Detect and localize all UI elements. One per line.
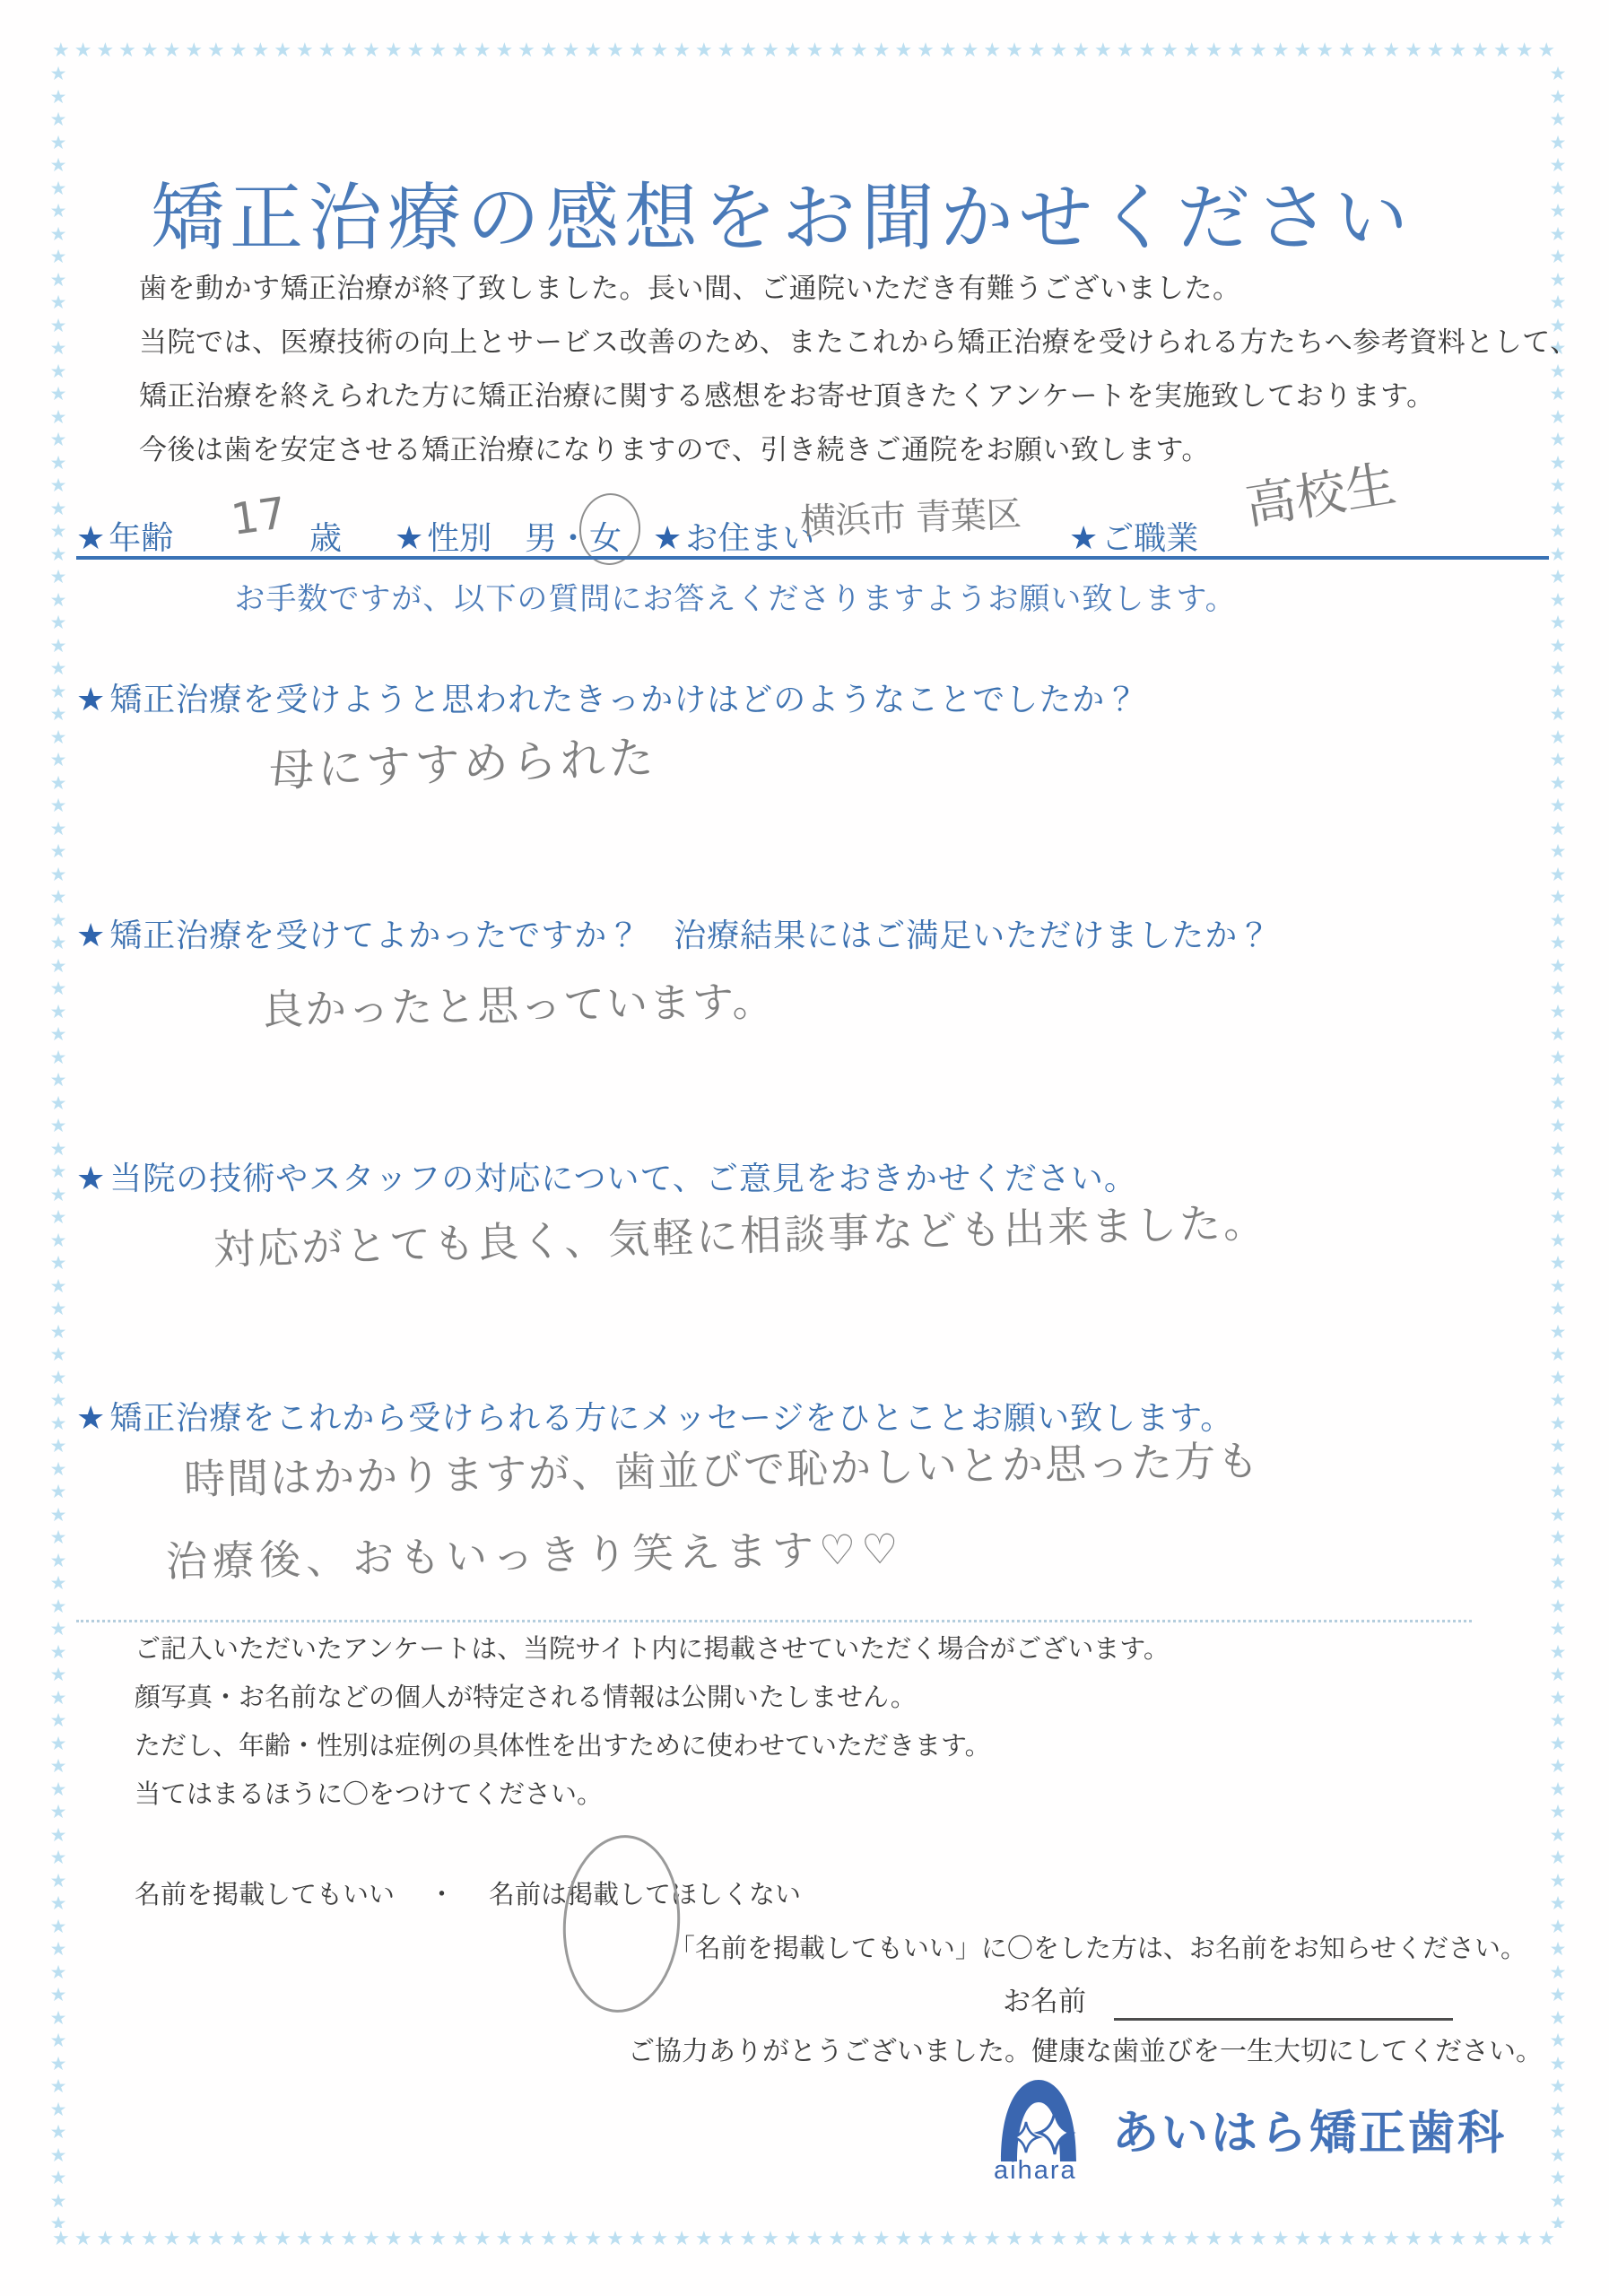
question-2: ★矯正治療を受けてよかったですか？ 治療結果にはご満足いただけましたか？ xyxy=(76,910,1271,956)
dotted-divider xyxy=(76,1620,1472,1622)
consent-separator: ・ xyxy=(429,1881,455,1909)
answer-4-line2-handwritten: 治療後、おもいっきり笑えます♡♡ xyxy=(165,1517,904,1588)
profile-underline xyxy=(76,556,1549,560)
clinic-logo-romaji: aihara xyxy=(994,2156,1077,2186)
consent-option-yes: 名前を掲載してもいい xyxy=(135,1881,395,1909)
clinic-logo-icon xyxy=(992,2075,1085,2166)
age-unit: 歳 xyxy=(309,513,342,559)
answer-4-line1-handwritten: 時間はかかりますが、歯並びで恥かしいとか思った方も xyxy=(184,1429,1261,1507)
questionnaire-sheet: ★★★★★★★★★★★★★★★★★★★★★★★★★★★★★★★★★★★★★★★★… xyxy=(0,0,1609,2296)
star-bullet-icon: ★ xyxy=(76,917,106,953)
intro-paragraph: 歯を動かす矯正治療が終了致しました。長い間、ご通院いただき有難うございました。 … xyxy=(139,262,1579,477)
question-1: ★矯正治療を受けようと思われたきっかけはどのようなことでしたか？ xyxy=(76,674,1138,720)
star-bullet-icon: ★ xyxy=(395,519,423,556)
intro-line-1: 歯を動かす矯正治療が終了致しました。長い間、ご通院いただき有難うございました。 xyxy=(139,262,1579,316)
star-bullet-icon: ★ xyxy=(76,681,106,717)
notice-line-2: 顔写真・お名前などの個人が特定される情報は公開いたしません。 xyxy=(135,1674,1170,1722)
age-value-handwritten: 17 xyxy=(228,488,289,545)
intro-line-3: 矯正治療を終えられた方に矯正治療に関する感想をお寄せ頂きたくアンケートを実施致し… xyxy=(139,370,1579,423)
gender-label: ★性別 xyxy=(395,513,491,559)
star-bullet-icon: ★ xyxy=(76,1399,106,1436)
notice-line-3: ただし、年齢・性別は症例の具体性を出すために使わせていただきます。 xyxy=(135,1722,1170,1770)
star-bullet-icon: ★ xyxy=(76,1160,106,1196)
star-border-top: ★★★★★★★★★★★★★★★★★★★★★★★★★★★★★★★★★★★★★★★★… xyxy=(52,38,1559,63)
notice-line-4: 当てはまるほうに〇をつけてください。 xyxy=(135,1770,1170,1819)
star-bullet-icon: ★ xyxy=(1069,519,1098,556)
answer-2-handwritten: 良かったと思っています。 xyxy=(261,969,775,1037)
consent-circle-annotation xyxy=(557,1831,685,2017)
occupation-label: ★ご職業 xyxy=(1069,513,1198,559)
clinic-name: あいはら矯正歯科 xyxy=(1112,2095,1507,2162)
name-field-label: お名前 xyxy=(1003,1979,1086,2019)
notice-paragraph: ご記入いただいたアンケートは、当院サイト内に掲載させていただく場合がございます。… xyxy=(135,1625,1170,1819)
answer-3-handwritten: 対応がとても良く、気軽に相談事なども出来ました。 xyxy=(213,1190,1267,1277)
thanks-line: ご協力ありがとうございました。健康な歯並びを一生大切にしてください。 xyxy=(628,2029,1543,2068)
intro-line-2: 当院では、医療技術の向上とサービス改善のため、またこれから矯正治療を受けられる方… xyxy=(139,316,1579,370)
page-title: 矯正治療の感想をお聞かせください xyxy=(151,160,1413,265)
age-label: ★年齢 xyxy=(76,513,173,559)
name-field-line xyxy=(1114,2018,1453,2021)
star-border-left: ★ ★ ★ ★ ★ ★ ★ ★ ★ ★ ★ ★ ★ ★ ★ ★ ★ ★ ★ ★ … xyxy=(45,63,72,2228)
answer-1-handwritten: 母にすすめられた xyxy=(268,721,658,799)
residence-value-handwritten: 横浜市 青葉区 xyxy=(799,486,1022,545)
residence-label: ★お住まい xyxy=(653,513,814,559)
star-border-bottom: ★★★★★★★★★★★★★★★★★★★★★★★★★★★★★★★★★★★★★★★★… xyxy=(52,2226,1559,2251)
instruction-line: お手数ですが、以下の質問にお答えくださりますようお願い致します。 xyxy=(0,574,1471,618)
star-bullet-icon: ★ xyxy=(76,519,105,556)
consent-note: 「名前を掲載してもいい」に〇をした方は、お名前をお知らせください。 xyxy=(669,1928,1526,1965)
star-bullet-icon: ★ xyxy=(653,519,682,556)
notice-line-1: ご記入いただいたアンケートは、当院サイト内に掲載させていただく場合がございます。 xyxy=(135,1625,1170,1674)
question-3: ★当院の技術やスタッフの対応について、ご意見をおきかせください。 xyxy=(76,1153,1137,1199)
consent-options: 名前を掲載してもいい・名前は掲載してほしくない xyxy=(135,1874,801,1911)
